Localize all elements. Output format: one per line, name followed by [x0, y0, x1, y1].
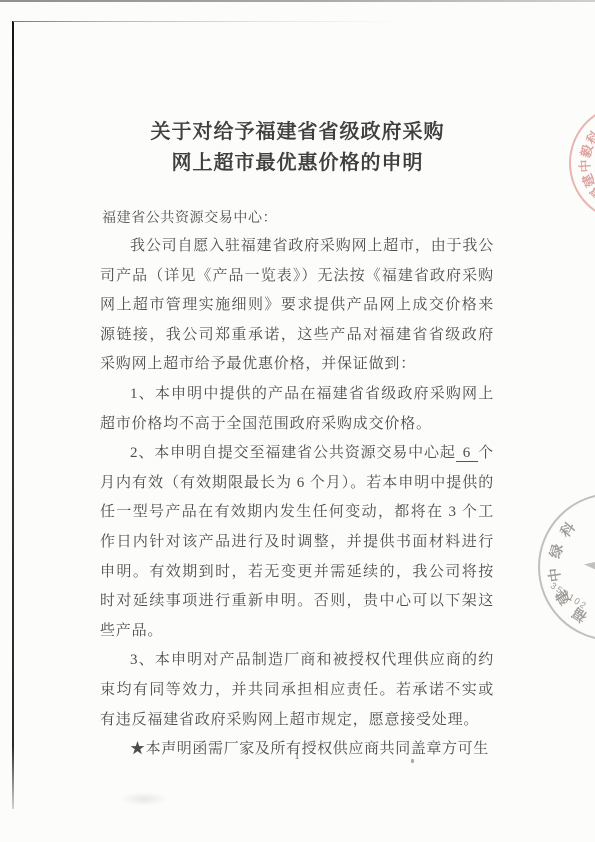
scanned-document-page: 关于对给予福建省省级政府采购 网上超市最优惠价格的申明 福建省公共资源交易中心：…: [0, 0, 595, 842]
salutation: 福建省公共资源交易中心：: [102, 207, 522, 227]
seal-ring-char: 科: [555, 518, 579, 542]
document-title: 关于对给予福建省省级政府采购 网上超市最优惠价格的申明: [0, 117, 595, 178]
underlined-duration-value: 6: [456, 445, 478, 462]
item-2-text-before: 2、本申明自提交至福建省公共资源交易中心起: [130, 445, 456, 461]
paragraph-intro: 我公司自愿入驻福建省政府采购网上超市，由于我公司产品（详见《产品一览表》）无法按…: [100, 232, 494, 380]
document-body: 我公司自愿入驻福建省政府采购网上超市，由于我公司产品（详见《产品一览表》）无法按…: [100, 232, 494, 765]
item-2-text-after: 个月内有效（有效期限最长为 6 个月）。若本申明中提供的任一型号产品在有效期内发…: [100, 445, 494, 639]
scan-top-edge-line: [0, 0, 595, 2]
page-number: 1: [0, 750, 595, 762]
seal-star-icon: [579, 534, 595, 600]
paragraph-item-1: 1、本申明中提供的产品在福建省省级政府采购网上超市价格均不高于全国范围政府采购成…: [100, 380, 494, 439]
title-line-1: 关于对给予福建省省级政府采购: [0, 117, 595, 148]
company-seal-middle-icon: 福 建 中 绿 科 350102: [538, 493, 595, 641]
paragraph-item-2: 2、本申明自提交至福建省公共资源交易中心起6个月内有效（有效期限最长为 6 个月…: [100, 439, 494, 646]
paragraph-item-3: 3、本申明对产品制造厂商和被授权代理供应商的约束均有同等效力，并共同承担相应责任…: [100, 646, 494, 735]
scan-smudge-artifact: [120, 792, 168, 806]
page-top-fold-line: [13, 21, 453, 22]
seal-ring-char: 中: [574, 159, 594, 173]
title-line-2: 网上超市最优惠价格的申明: [0, 148, 595, 179]
seal-ring-char: 绿: [545, 542, 568, 561]
